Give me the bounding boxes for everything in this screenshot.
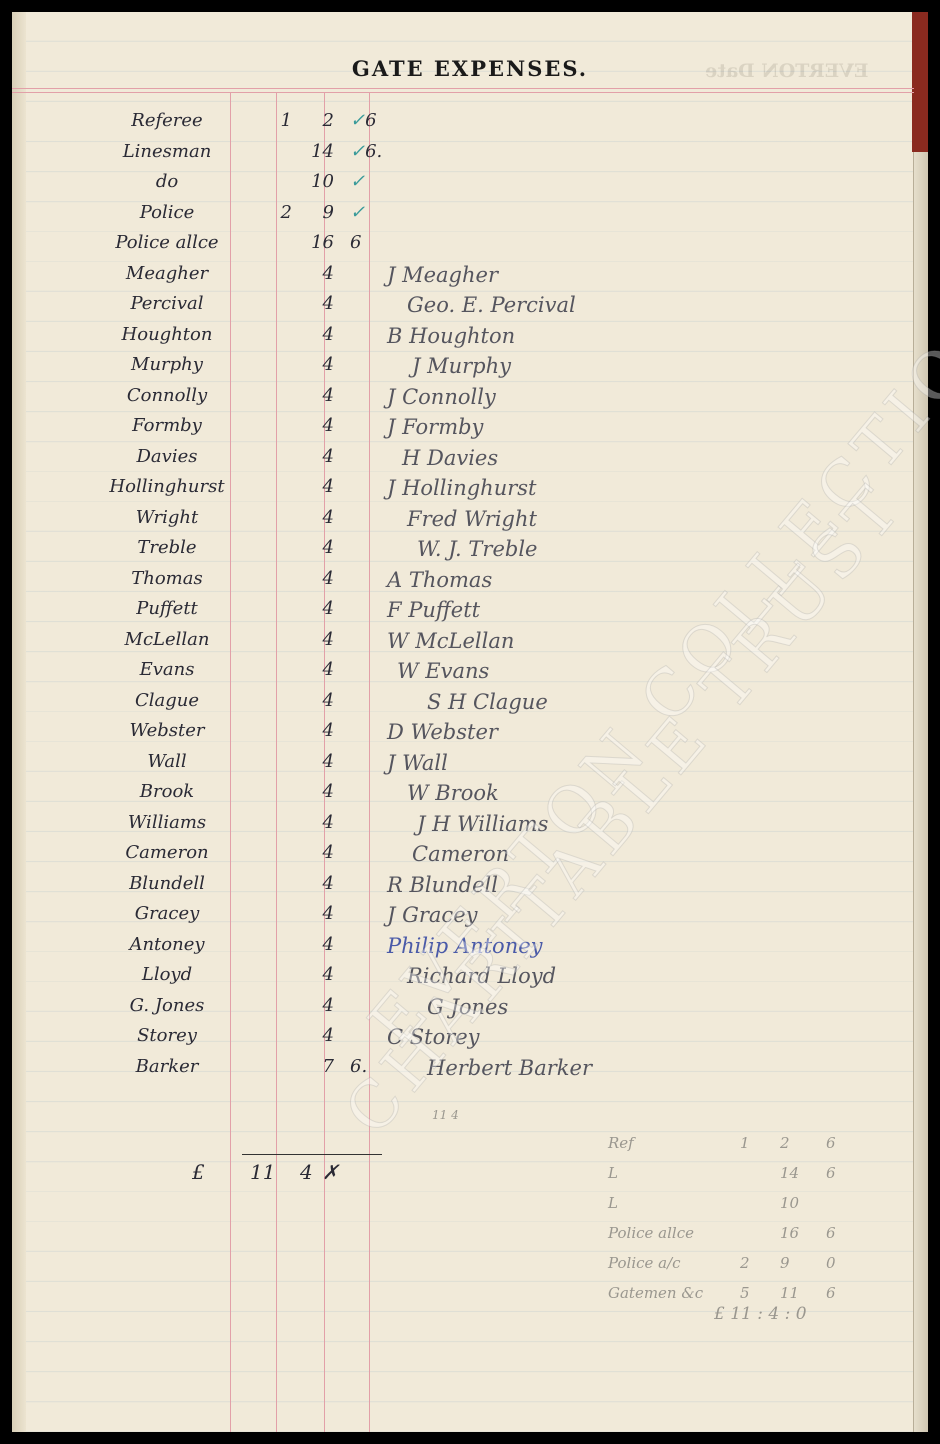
ledger-row: Houghton4B Houghton: [12, 324, 612, 354]
signature: J Wall: [387, 751, 448, 775]
ledger-row: Linesman14✓6.: [12, 141, 612, 171]
amount-shillings: 9: [294, 202, 334, 223]
amount-pence: ✓: [350, 202, 380, 223]
amount-shillings: 4: [294, 568, 334, 589]
pencil-pence: 0: [826, 1254, 836, 1272]
amount-shillings: 4: [294, 690, 334, 711]
pencil-label: L: [608, 1194, 618, 1212]
pencil-pence: 6: [826, 1164, 836, 1182]
signature: Herbert Barker: [427, 1056, 592, 1080]
page-title: GATE EXPENSES.: [12, 56, 928, 81]
ledger-row: Police29✓: [12, 202, 612, 232]
pencil-shillings: 11: [780, 1284, 799, 1302]
pencil-pence: 6: [826, 1284, 836, 1302]
signature: C Storey: [387, 1025, 480, 1049]
total-check-mark: ✗: [322, 1160, 339, 1184]
amount-pence: 6.: [350, 1056, 380, 1077]
amount-shillings: 4: [294, 842, 334, 863]
payee-name: Gracey: [82, 903, 252, 924]
amount-shillings: 4: [294, 415, 334, 436]
total-pounds: 11: [250, 1160, 275, 1184]
ledger-row: Evans4W Evans: [12, 659, 612, 689]
amount-pence: ✓6.: [350, 141, 380, 162]
signature: Geo. E. Percival: [407, 293, 576, 317]
signature: R Blundell: [387, 873, 498, 897]
ledger-row: Davies4H Davies: [12, 446, 612, 476]
signature: D Webster: [387, 720, 498, 744]
signature: W McLellan: [387, 629, 514, 653]
ledger-row: Percival4Geo. E. Percival: [12, 293, 612, 323]
payee-name: Puffett: [82, 598, 252, 619]
ledger-row: Wall4J Wall: [12, 751, 612, 781]
total-currency: £: [192, 1160, 205, 1184]
ledger-row: McLellan4W McLellan: [12, 629, 612, 659]
amount-pence: ✓6: [350, 110, 380, 131]
signature: Richard Lloyd: [407, 964, 556, 988]
amount-shillings: 4: [294, 995, 334, 1016]
ledger-row: Puffett4F Puffett: [12, 598, 612, 628]
payee-name: Referee: [82, 110, 252, 131]
amount-pence: ✓: [350, 171, 380, 192]
pencil-pounds: 2: [740, 1254, 750, 1272]
signature: J Meagher: [387, 263, 498, 287]
payee-name: Formby: [82, 415, 252, 436]
ledger-row: Barker76.Herbert Barker: [12, 1056, 612, 1086]
signature: J Hollinghurst: [387, 476, 536, 500]
ledger-row: Formby4J Formby: [12, 415, 612, 445]
ledger-row: Connolly4J Connolly: [12, 385, 612, 415]
payee-name: do: [82, 171, 252, 192]
ledger-row: Referee12✓6: [12, 110, 612, 140]
amount-shillings: 4: [294, 781, 334, 802]
ledger-row: Meagher4J Meagher: [12, 263, 612, 293]
amount-pounds: 1: [252, 110, 292, 131]
signature: H Davies: [402, 446, 498, 470]
payee-name: Antoney: [82, 934, 252, 955]
payee-name: Barker: [82, 1056, 252, 1077]
pencil-pounds: 1: [740, 1134, 750, 1152]
amount-shillings: 4: [294, 751, 334, 772]
pencil-shillings: 9: [780, 1254, 790, 1272]
signature: J Connolly: [387, 385, 496, 409]
ledger-row: Hollinghurst4J Hollinghurst: [12, 476, 612, 506]
amount-shillings: 4: [294, 324, 334, 345]
signature: S H Clague: [427, 690, 548, 714]
ledger-row: Cameron4Cameron: [12, 842, 612, 872]
payee-name: Linesman: [82, 141, 252, 162]
payee-name: Clague: [82, 690, 252, 711]
amount-shillings: 4: [294, 537, 334, 558]
payee-name: Brook: [82, 781, 252, 802]
ledger-row: Clague4S H Clague: [12, 690, 612, 720]
amount-shillings: 4: [294, 263, 334, 284]
pencil-pounds: 5: [740, 1284, 750, 1302]
amount-shillings: 10: [294, 171, 334, 192]
check-mark-icon: ✓: [350, 110, 365, 131]
amount-shillings: 4: [294, 964, 334, 985]
check-mark-icon: ✓: [350, 171, 365, 192]
page-edge: [913, 12, 928, 1432]
amount-shillings: 4: [294, 903, 334, 924]
ledger-row: Police allce166: [12, 232, 612, 262]
payee-name: Police allce: [82, 232, 252, 253]
ledger-row: Gracey4J Gracey: [12, 903, 612, 933]
signature: G Jones: [427, 995, 508, 1019]
header-rule-bottom: [12, 92, 914, 93]
signature: Fred Wright: [407, 507, 537, 531]
amount-shillings: 4: [294, 354, 334, 375]
payee-name: Storey: [82, 1025, 252, 1046]
amount-pounds: 2: [252, 202, 292, 223]
signature: B Houghton: [387, 324, 515, 348]
amount-shillings: 4: [294, 507, 334, 528]
payee-name: Webster: [82, 720, 252, 741]
pencil-pence: 6: [826, 1224, 836, 1242]
payee-name: Treble: [82, 537, 252, 558]
amount-shillings: 4: [294, 598, 334, 619]
pencil-label: Gatemen &c: [608, 1284, 703, 1302]
signature: W Evans: [397, 659, 489, 683]
amount-shillings: 2: [294, 110, 334, 131]
check-mark-icon: ✓: [350, 202, 365, 223]
ledger-row: Blundell4R Blundell: [12, 873, 612, 903]
signature: W. J. Treble: [417, 537, 537, 561]
pencil-shillings: 14: [780, 1164, 799, 1182]
amount-shillings: 4: [294, 629, 334, 650]
payee-name: Houghton: [82, 324, 252, 345]
ledger-row: G. Jones4G Jones: [12, 995, 612, 1025]
ledger-row: Antoney4Philip Antoney: [12, 934, 612, 964]
pencil-shillings: 2: [780, 1134, 790, 1152]
ledger-row: Storey4C Storey: [12, 1025, 612, 1055]
payee-name: Cameron: [82, 842, 252, 863]
payee-name: Meagher: [82, 263, 252, 284]
payee-name: G. Jones: [82, 995, 252, 1016]
payee-name: Evans: [82, 659, 252, 680]
ledger-row: Lloyd4Richard Lloyd: [12, 964, 612, 994]
pencil-label: L: [608, 1164, 618, 1182]
ledger-row: do10✓: [12, 171, 612, 201]
amount-shillings: 16: [294, 232, 334, 253]
amount-shillings: 7: [294, 1056, 334, 1077]
total-rule: [242, 1154, 382, 1155]
payee-name: Blundell: [82, 873, 252, 894]
payee-name: Thomas: [82, 568, 252, 589]
header-rule-top: [12, 88, 914, 89]
payee-name: Wright: [82, 507, 252, 528]
payee-name: Murphy: [82, 354, 252, 375]
pencil-total: £ 11 : 4 : 0: [714, 1304, 807, 1324]
signature: Cameron: [412, 842, 509, 866]
payee-name: Connolly: [82, 385, 252, 406]
amount-shillings: 14: [294, 141, 334, 162]
amount-shillings: 4: [294, 293, 334, 314]
ledger-page: EVERTON Date GATE EXPENSES. Referee12✓6L…: [12, 12, 928, 1432]
ledger-row: Treble4W. J. Treble: [12, 537, 612, 567]
ledger-row: Wright4Fred Wright: [12, 507, 612, 537]
payee-name: Lloyd: [82, 964, 252, 985]
amount-shillings: 4: [294, 659, 334, 680]
amount-shillings: 4: [294, 720, 334, 741]
total-shillings: 4: [300, 1160, 313, 1184]
amount-shillings: 4: [294, 476, 334, 497]
pencil-label: Ref: [608, 1134, 634, 1152]
payee-name: Percival: [82, 293, 252, 314]
signature: F Puffett: [387, 598, 480, 622]
ledger-row: Murphy4J Murphy: [12, 354, 612, 384]
signature: J H Williams: [417, 812, 548, 836]
payee-name: Williams: [82, 812, 252, 833]
ledger-row: Williams4J H Williams: [12, 812, 612, 842]
signature: J Gracey: [387, 903, 477, 927]
pencil-pence: 6: [826, 1134, 836, 1152]
ledger-row: Brook4W Brook: [12, 781, 612, 811]
payee-name: Hollinghurst: [82, 476, 252, 497]
payee-name: Wall: [82, 751, 252, 772]
amount-pence: 6: [350, 232, 380, 253]
pencil-label: Police allce: [608, 1224, 694, 1242]
check-mark-icon: ✓: [350, 141, 365, 162]
signature: J Murphy: [412, 354, 511, 378]
ledger-row: Thomas4A Thomas: [12, 568, 612, 598]
amount-shillings: 4: [294, 873, 334, 894]
ledger-row: Webster4D Webster: [12, 720, 612, 750]
amount-shillings: 4: [294, 934, 334, 955]
pencil-shillings: 10: [780, 1194, 799, 1212]
signature: A Thomas: [387, 568, 492, 592]
pencil-label: Police a/c: [608, 1254, 681, 1272]
signature: Philip Antoney: [387, 934, 543, 958]
signature: W Brook: [407, 781, 499, 805]
faint-subtotal: 11 4: [432, 1108, 459, 1122]
pencil-shillings: 16: [780, 1224, 799, 1242]
payee-name: Davies: [82, 446, 252, 467]
amount-shillings: 4: [294, 812, 334, 833]
signature: J Formby: [387, 415, 483, 439]
amount-shillings: 4: [294, 446, 334, 467]
amount-shillings: 4: [294, 385, 334, 406]
amount-shillings: 4: [294, 1025, 334, 1046]
payee-name: Police: [82, 202, 252, 223]
payee-name: McLellan: [82, 629, 252, 650]
ledger-red-tab: [912, 12, 928, 152]
